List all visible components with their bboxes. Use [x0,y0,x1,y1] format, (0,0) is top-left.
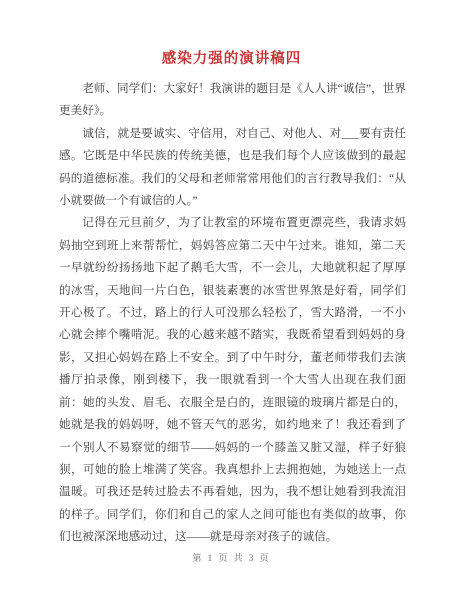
paragraph-story: 记得在元旦前夕，为了让教室的环境布置更漂亮些，我请求妈妈抽空到班上来帮帮忙，妈妈… [59,212,406,548]
document-page: 感染力强的演讲稿四 老师、同学们：大家好！我演讲的题目是《人人讲“诚信”，世界更… [0,0,463,600]
document-title: 感染力强的演讲稿四 [0,0,463,68]
paragraph-greeting: 老师、同学们：大家好！我演讲的题目是《人人讲“诚信”，世界更美好》。 [59,78,406,123]
page-number-footer: 第 1 页 共 3 页 [0,551,463,564]
document-body: 老师、同学们：大家好！我演讲的题目是《人人讲“诚信”，世界更美好》。 诚信，就是… [59,78,406,549]
paragraph-integrity-definition: 诚信，就是要诚实、守信用，对自己、对他人、对___要有责任感。它既是中华民族的传… [59,123,406,213]
